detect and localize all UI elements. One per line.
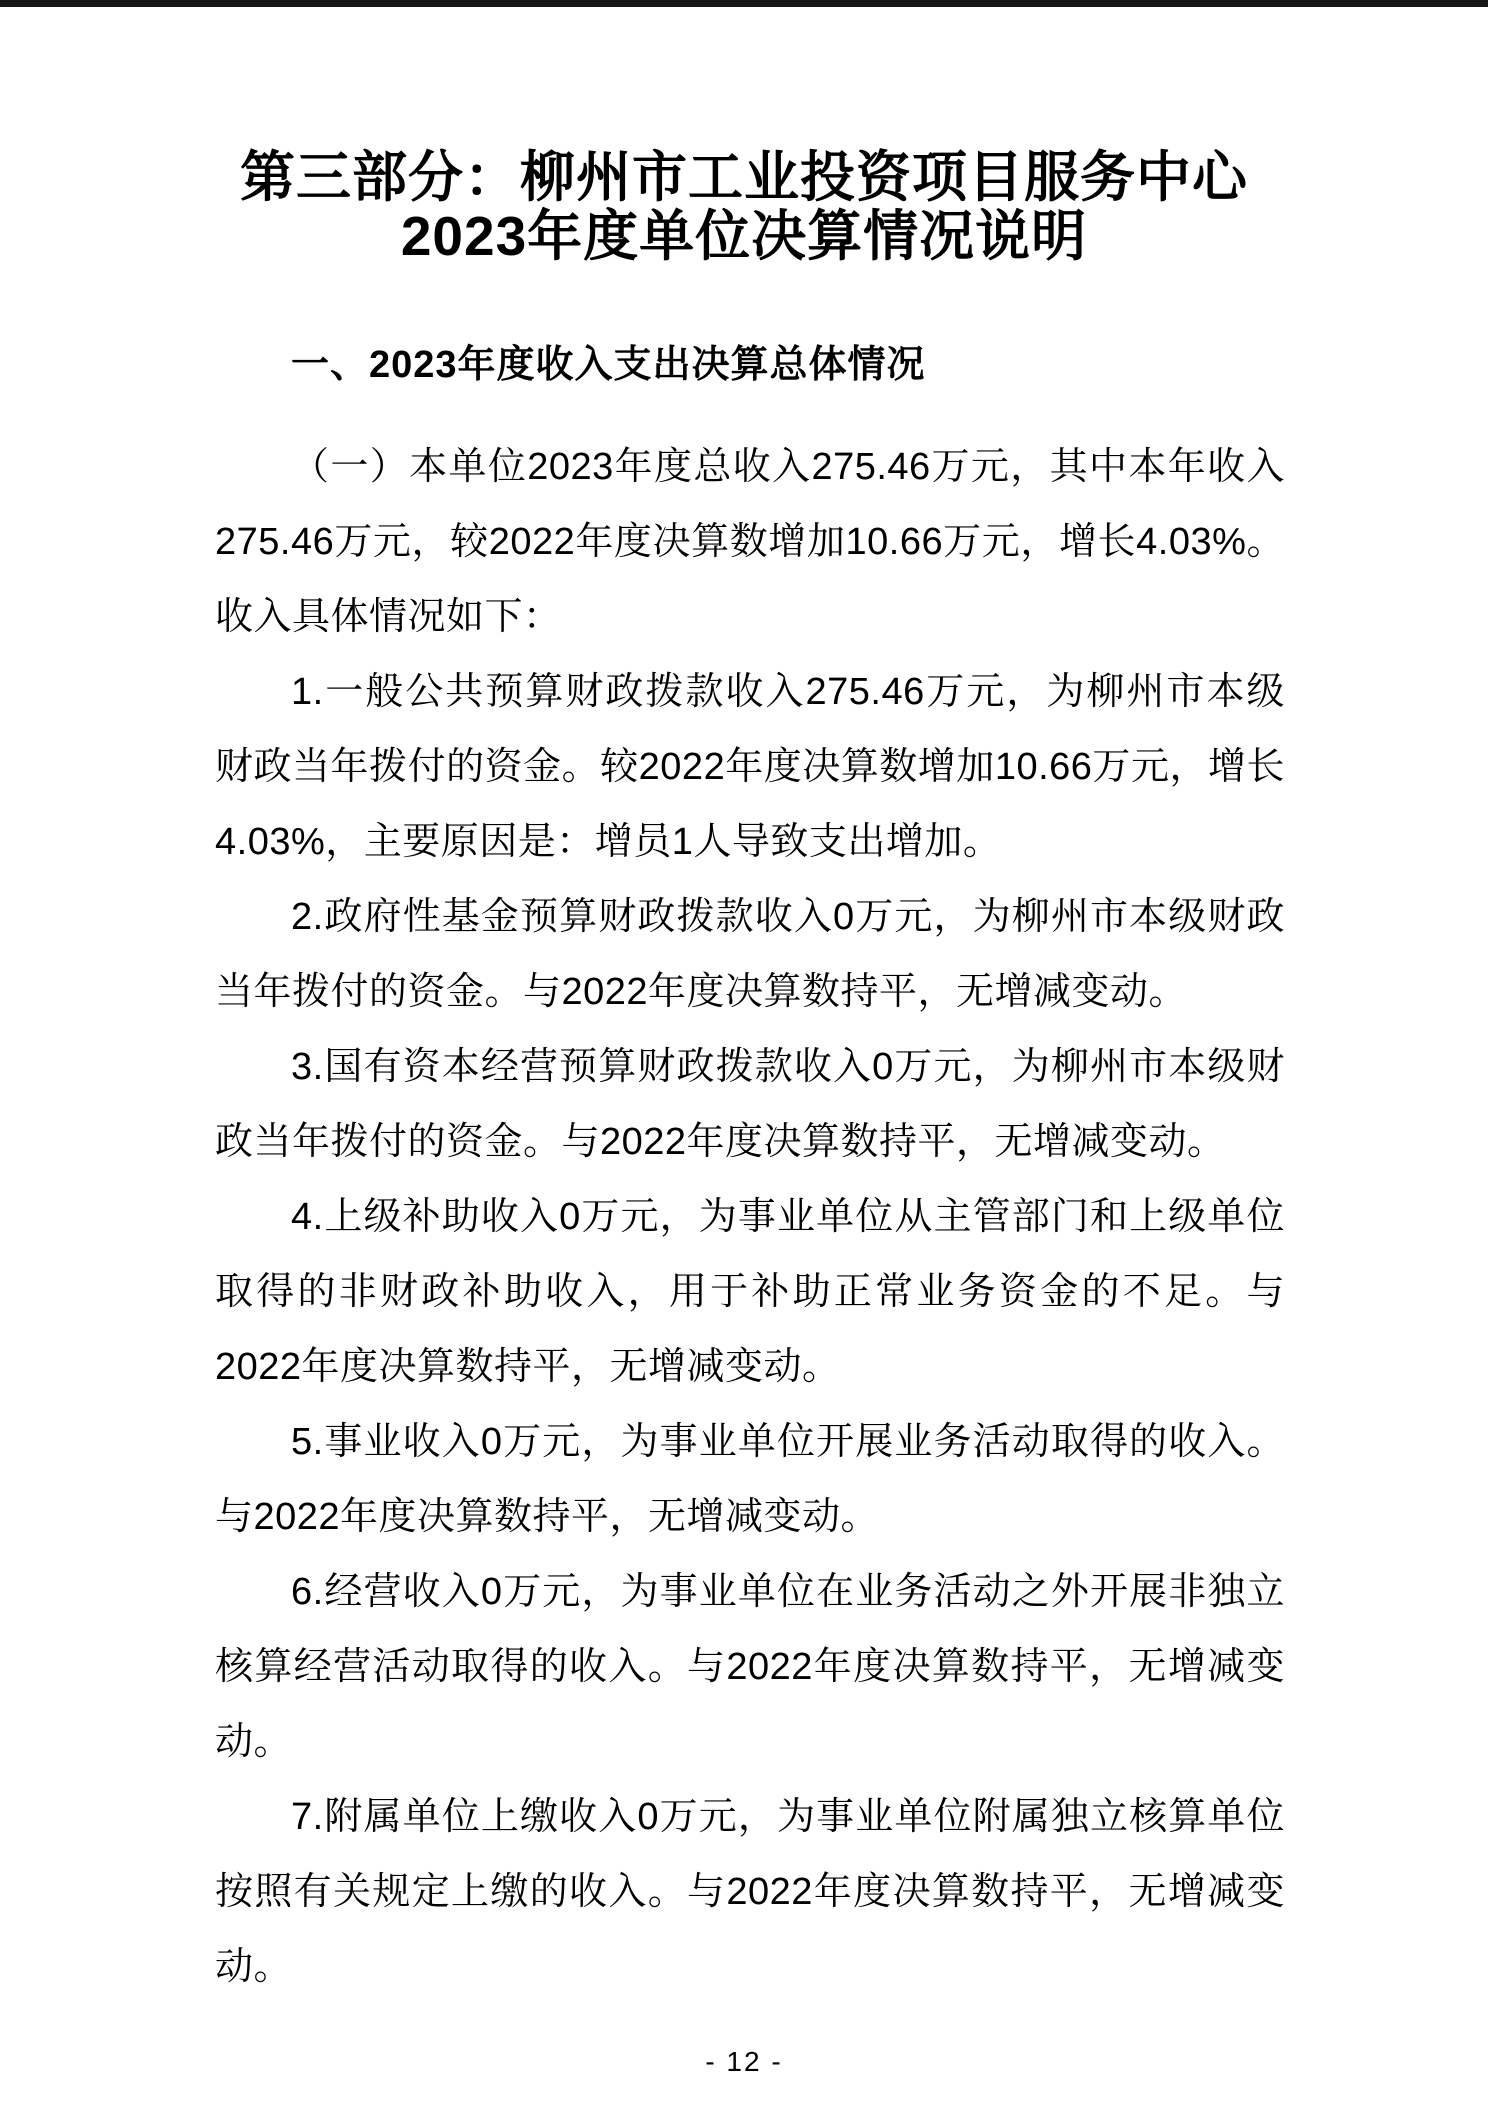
paragraph-item-2-government-fund-income: 2.政府性基金预算财政拨款收入0万元，为柳州市本级财政当年拨付的资金。与2022…	[215, 880, 1285, 1030]
paragraph-item-1-general-budget-income: 1.一般公共预算财政拨款收入275.46万元，为柳州市本级财政当年拨付的资金。较…	[215, 655, 1285, 880]
document-page: 第三部分：柳州市工业投资项目服务中心 2023年度单位决算情况说明 一、2023…	[0, 0, 1488, 2104]
section-heading: 一、2023年度收入支出决算总体情况	[215, 340, 1285, 390]
document-title-line-2: 2023年度单位决算情况说明	[80, 207, 1408, 266]
paragraph-item-3-state-capital-income: 3.国有资本经营预算财政拨款收入0万元，为柳州市本级财政当年拨付的资金。与202…	[215, 1030, 1285, 1180]
page-number: - 12 -	[0, 2047, 1488, 2077]
paragraph-item-4-superior-subsidy-income: 4.上级补助收入0万元，为事业单位从主管部门和上级单位取得的非财政补助收入，用于…	[215, 1180, 1285, 1405]
paragraph-item-5-operational-income: 5.事业收入0万元，为事业单位开展业务活动取得的收入。与2022年度决算数持平，…	[215, 1405, 1285, 1555]
document-title-line-1: 第三部分：柳州市工业投资项目服务中心	[80, 148, 1408, 207]
top-edge-bar	[0, 0, 1488, 7]
document-title: 第三部分：柳州市工业投资项目服务中心 2023年度单位决算情况说明	[0, 0, 1488, 266]
paragraph-item-7-affiliated-unit-income: 7.附属单位上缴收入0万元，为事业单位附属独立核算单位按照有关规定上缴的收入。与…	[215, 1780, 1285, 2005]
document-body: （一）本单位2023年度总收入275.46万元，其中本年收入275.46万元，较…	[215, 430, 1285, 2005]
paragraph-item-6-business-income: 6.经营收入0万元，为事业单位在业务活动之外开展非独立核算经营活动取得的收入。与…	[215, 1555, 1285, 1780]
paragraph-overview: （一）本单位2023年度总收入275.46万元，其中本年收入275.46万元，较…	[215, 430, 1285, 655]
